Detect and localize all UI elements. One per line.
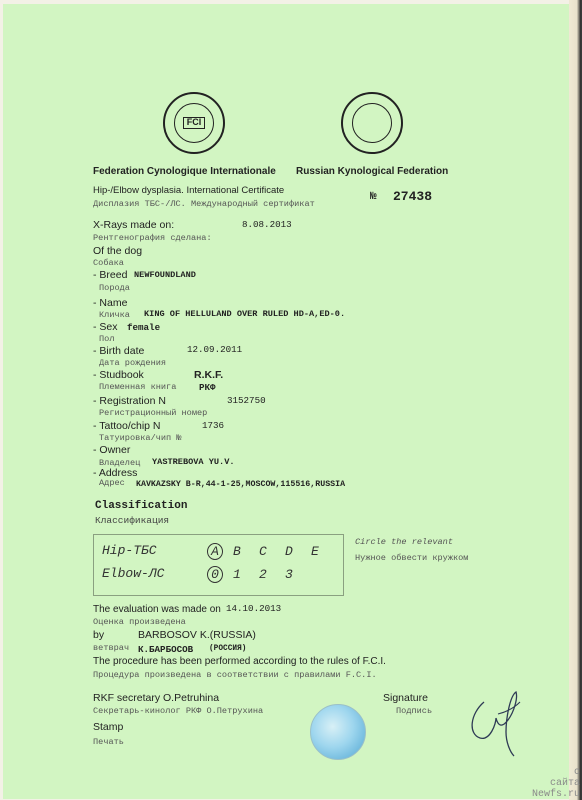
- vet-country-ru: (РОССИЯ): [209, 645, 246, 653]
- classification-title-en: Classification: [95, 500, 187, 512]
- elbow-grade-0: 0: [207, 566, 223, 583]
- hip-grade-b: B: [233, 544, 259, 559]
- elbow-grade-2: 2: [259, 567, 285, 582]
- certificate-number: 27438: [393, 189, 432, 204]
- procedure-en: The procedure has been performed accordi…: [93, 656, 386, 667]
- rkf-hologram-stamp: [310, 704, 366, 760]
- vet-name-ru: К.БАРБОСОВ: [138, 644, 193, 655]
- hip-grade-d: D: [285, 544, 311, 559]
- dog-head-icon: [352, 103, 392, 143]
- xrays-label-en: X-Rays made on:: [93, 219, 174, 231]
- tattoo-label-ru: Татуировка/чип №: [99, 433, 182, 443]
- hip-grades: ABCDE: [207, 542, 337, 560]
- hip-grade-a: A: [207, 543, 223, 560]
- tattoo-label-en: - Tattoo/chip N: [93, 420, 161, 432]
- signature-label-ru: Подпись: [396, 706, 432, 716]
- evaluation-label-ru: Оценка произведена: [93, 617, 186, 627]
- studbook-value-en: R.K.F.: [194, 369, 223, 381]
- page-edge: [569, 0, 582, 800]
- birth-date: 12.09.2011: [187, 344, 242, 355]
- birth-label-en: - Birth date: [93, 345, 144, 357]
- hip-label: Hip-ТБС: [102, 543, 157, 558]
- certificate-title-ru: Дисплазия ТБС-/ЛС. Международный сертифи…: [93, 199, 315, 209]
- xrays-label-ru: Рентгенография сделана:: [93, 233, 212, 243]
- by-label-ru: ветврач: [93, 643, 129, 653]
- rkf-logo: [341, 92, 403, 154]
- owner-label-en: - Owner: [93, 444, 130, 456]
- classification-title-ru: Классификация: [95, 515, 169, 526]
- evaluation-date: 14.10.2013: [226, 603, 281, 614]
- registration-value: 3152750: [227, 395, 266, 406]
- registration-label-ru: Регистрационный номер: [99, 408, 207, 418]
- watermark-line-1: с: [532, 767, 580, 778]
- sex-value: female: [127, 322, 160, 333]
- fci-logo: FCI: [163, 92, 225, 154]
- circle-note-ru: Нужное обвести кружком: [355, 553, 468, 563]
- certificate-number-label: №: [370, 191, 377, 203]
- procedure-ru: Процедура произведена в соответствии с п…: [93, 670, 377, 680]
- name-label-ru: Кличка: [99, 310, 130, 320]
- breed-label-en: - Breed: [93, 269, 127, 281]
- elbow-grade-3: 3: [285, 567, 311, 582]
- registration-label-en: - Registration N: [93, 395, 166, 407]
- watermark-line-3: Newfs.ru: [532, 789, 580, 800]
- studbook-label-en: - Studbook: [93, 369, 144, 381]
- evaluation-label-en: The evaluation was made on: [93, 604, 221, 615]
- by-label-en: by: [93, 629, 104, 641]
- elbow-grades: 0123: [207, 565, 311, 583]
- elbow-grade-1: 1: [233, 567, 259, 582]
- owner-value: YASTREBOVA YU.V.: [152, 457, 235, 467]
- secretary-ru: Секретарь-кинолог РКФ О.Петрухина: [93, 706, 263, 716]
- breed-label-ru: Порода: [99, 283, 130, 293]
- vet-name-en: BARBOSOV K.(RUSSIA): [138, 629, 256, 641]
- xrays-date: 8.08.2013: [242, 219, 292, 230]
- hip-grade-c: C: [259, 544, 285, 559]
- breed-value: NEWFOUNDLAND: [134, 270, 196, 280]
- studbook-label-ru: Племенная книга: [99, 382, 176, 392]
- signature-scribble: [462, 684, 532, 758]
- studbook-value-ru: РКФ: [199, 382, 216, 393]
- rkf-name: Russian Kynological Federation: [296, 166, 448, 177]
- circle-note-en: Circle the relevant: [355, 537, 453, 547]
- address-value: KAVKAZSKY B-R,44-1-25,MOSCOW,115516,RUSS…: [136, 480, 345, 489]
- certificate-title-en: Hip-/Elbow dysplasia. International Cert…: [93, 185, 284, 196]
- watermark-line-2: сайта: [532, 778, 580, 789]
- fci-name: Federation Cynologique Internationale: [93, 166, 276, 177]
- birth-label-ru: Дата рождения: [99, 358, 166, 368]
- dog-label-en: Of the dog: [93, 245, 142, 257]
- name-value: KING OF HELLULAND OVER RULED HD-A,ED-0.: [144, 309, 345, 319]
- sex-label-ru: Пол: [99, 334, 114, 344]
- elbow-label: Elbow-ЛС: [102, 566, 164, 581]
- tattoo-value: 1736: [202, 420, 224, 431]
- address-label-ru: Адрес: [99, 478, 125, 488]
- name-label-en: - Name: [93, 297, 127, 309]
- site-watermark: с сайта Newfs.ru: [532, 767, 580, 800]
- dog-label-ru: Собака: [93, 258, 124, 268]
- fci-logo-text: FCI: [183, 117, 205, 129]
- stamp-label-ru: Печать: [93, 737, 124, 747]
- secretary-en: RKF secretary O.Petruhina: [93, 692, 219, 704]
- hip-grade-e: E: [311, 544, 337, 559]
- stamp-label-en: Stamp: [93, 721, 123, 733]
- sex-label-en: - Sex: [93, 321, 118, 333]
- signature-label-en: Signature: [383, 692, 428, 704]
